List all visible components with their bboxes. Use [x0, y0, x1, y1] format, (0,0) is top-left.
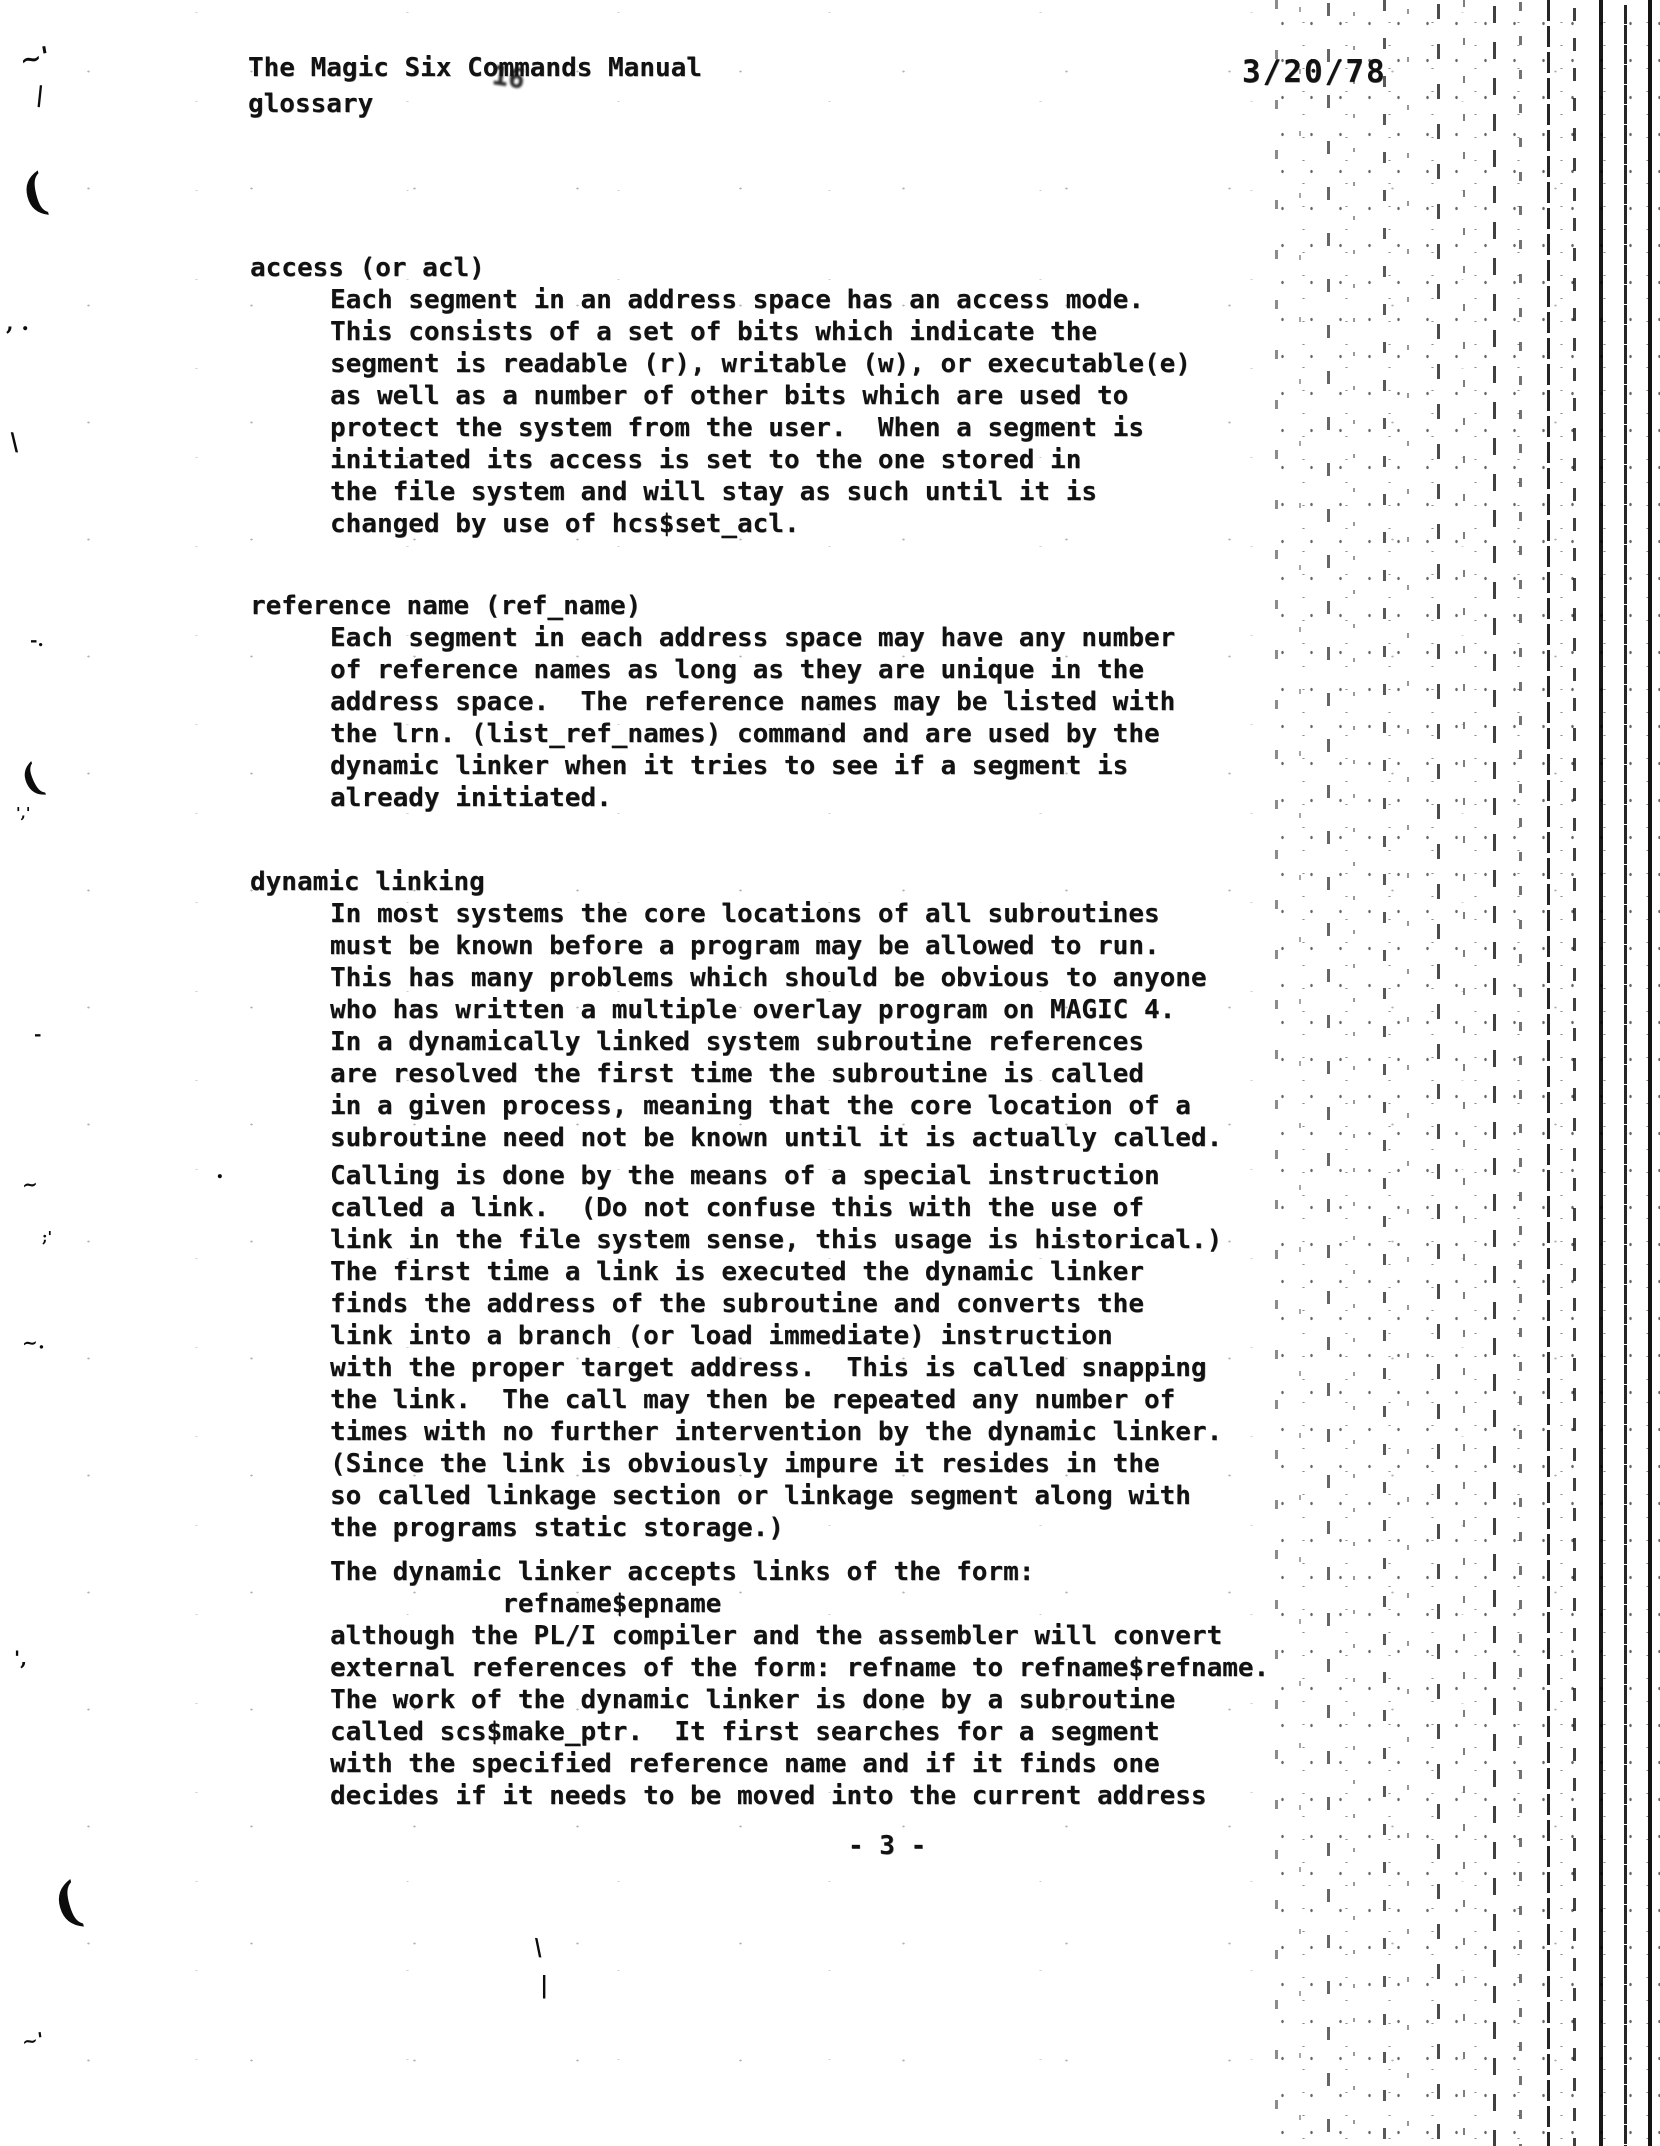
- scan-artifact: [34, 1026, 41, 1044]
- document-date: 3/20/78: [1242, 56, 1387, 88]
- pen-mark-curl: [47, 1874, 86, 1933]
- glossary-definition-access: Each segment in an address space has an …: [330, 284, 1191, 540]
- glossary-definition-dynamic-linking-p2: Calling is done by the means of a specia…: [330, 1160, 1222, 1544]
- scan-artifact: [21, 1175, 39, 1196]
- glossary-term-access: access (or acl): [250, 252, 485, 284]
- document-title: The Magic Six Commands Manual: [248, 52, 702, 84]
- glossary-term-dynamic-linking: dynamic linking: [250, 866, 485, 898]
- scan-artifact: [21, 2031, 45, 2053]
- scan-artifact: [21, 1333, 45, 1354]
- glossary-definition-dynamic-linking-p3: The dynamic linker accepts links of the …: [330, 1556, 1269, 1812]
- pen-mark-curl: [15, 758, 49, 802]
- scan-artifact: [6, 312, 29, 334]
- scan-artifact: [9, 430, 19, 455]
- pen-mark-curl: [16, 166, 51, 220]
- scan-artifact: [14, 1648, 27, 1668]
- scan-artifact: [30, 632, 44, 650]
- page-number: - 3 -: [848, 1830, 926, 1862]
- scan-artifact: [42, 1230, 52, 1245]
- document-subtitle: glossary: [248, 88, 373, 120]
- scan-artifact: [216, 1160, 224, 1182]
- page-stamp-smudge: 16: [490, 60, 527, 96]
- scanned-document-page: The Magic Six Commands Manual glossary 3…: [0, 0, 1660, 2146]
- glossary-term-reference-name: reference name (ref_name): [250, 590, 641, 622]
- scan-artifact: [540, 1974, 548, 1997]
- scan-artifact: [533, 1936, 544, 1960]
- scan-artifact: [16, 806, 30, 821]
- scan-artifact: [18, 44, 52, 75]
- glossary-definition-dynamic-linking-p1: In most systems the core locations of al…: [330, 898, 1222, 1154]
- scan-noise-band: [1265, 0, 1660, 2146]
- scan-artifact: [35, 84, 45, 107]
- glossary-definition-reference-name: Each segment in each address space may h…: [330, 622, 1175, 814]
